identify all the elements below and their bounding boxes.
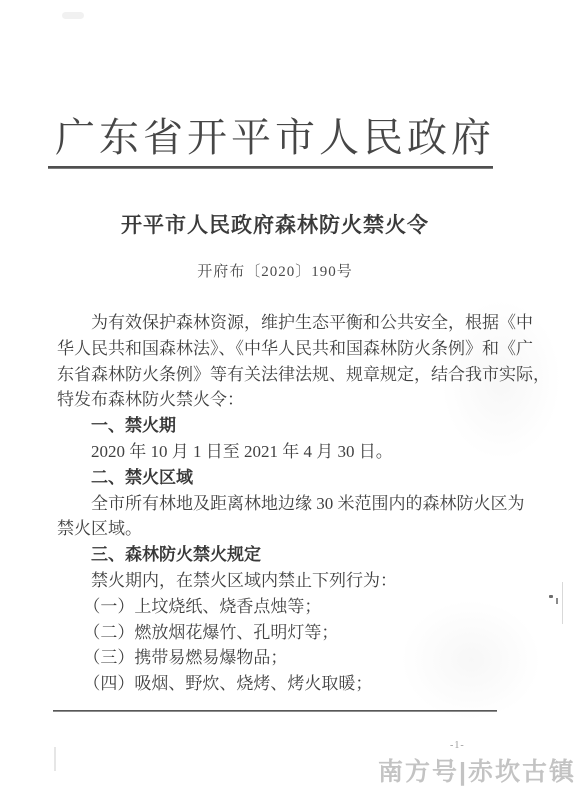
section-heading-fire-ban-period: 一、禁火期 [57, 413, 503, 439]
document-title: 开平市人民政府森林防火禁火令 [35, 210, 515, 240]
government-letterhead: 广东省开平市人民政府 [50, 113, 500, 163]
section-heading-fire-ban-rules: 三、森林防火禁火规定 [57, 542, 503, 568]
scan-artifact-line [562, 582, 563, 624]
list-item-3: （三）携带易燃易爆物品； [57, 645, 503, 671]
body-line: 为有效保护森林资源，维护生态平衡和公共安全，根据《中 [57, 310, 503, 336]
publisher-watermark: 南方号|赤坎古镇 [378, 755, 576, 789]
body-line: 禁火区域。 [57, 516, 503, 542]
document-body: 为有效保护森林资源，维护生态平衡和公共安全，根据《中 华人民共和国森林法》、《中… [57, 310, 503, 697]
body-line: 禁火期内，在禁火区域内禁止下列行为： [57, 568, 503, 594]
body-line: 华人民共和国森林法》、《中华人民共和国森林防火条例》和《广 [57, 336, 503, 362]
scan-artifact-dot [556, 598, 558, 604]
scan-artifact-smudge [62, 12, 84, 19]
body-line: 东省森林防火条例》等有关法律法规、规章规定，结合我市实际， [57, 362, 503, 388]
body-line: 特发布森林防火禁火令： [57, 387, 503, 413]
letterhead-rule [48, 166, 493, 169]
page-number: -1- [450, 740, 465, 751]
list-item-1: （一）上坟烧纸、烧香点烛等； [57, 594, 503, 620]
body-line: 2020 年 10 月 1 日至 2021 年 4 月 30 日。 [57, 439, 503, 465]
footer-rule [53, 710, 497, 712]
scan-artifact-smudge [54, 747, 56, 771]
body-line: 全市所有林地及距离林地边缘 30 米范围内的森林防火区为 [57, 491, 503, 517]
list-item-2: （二）燃放烟花爆竹、孔明灯等； [57, 620, 503, 646]
document-number: 开府布〔2020〕190号 [35, 260, 515, 284]
section-heading-fire-ban-area: 二、禁火区域 [57, 465, 503, 491]
list-item-4: （四）吸烟、野炊、烧烤、烤火取暖； [57, 671, 503, 697]
scan-artifact-dot [549, 595, 553, 598]
scanned-document-page: 广东省开平市人民政府 开平市人民政府森林防火禁火令 开府布〔2020〕190号 … [0, 0, 581, 800]
